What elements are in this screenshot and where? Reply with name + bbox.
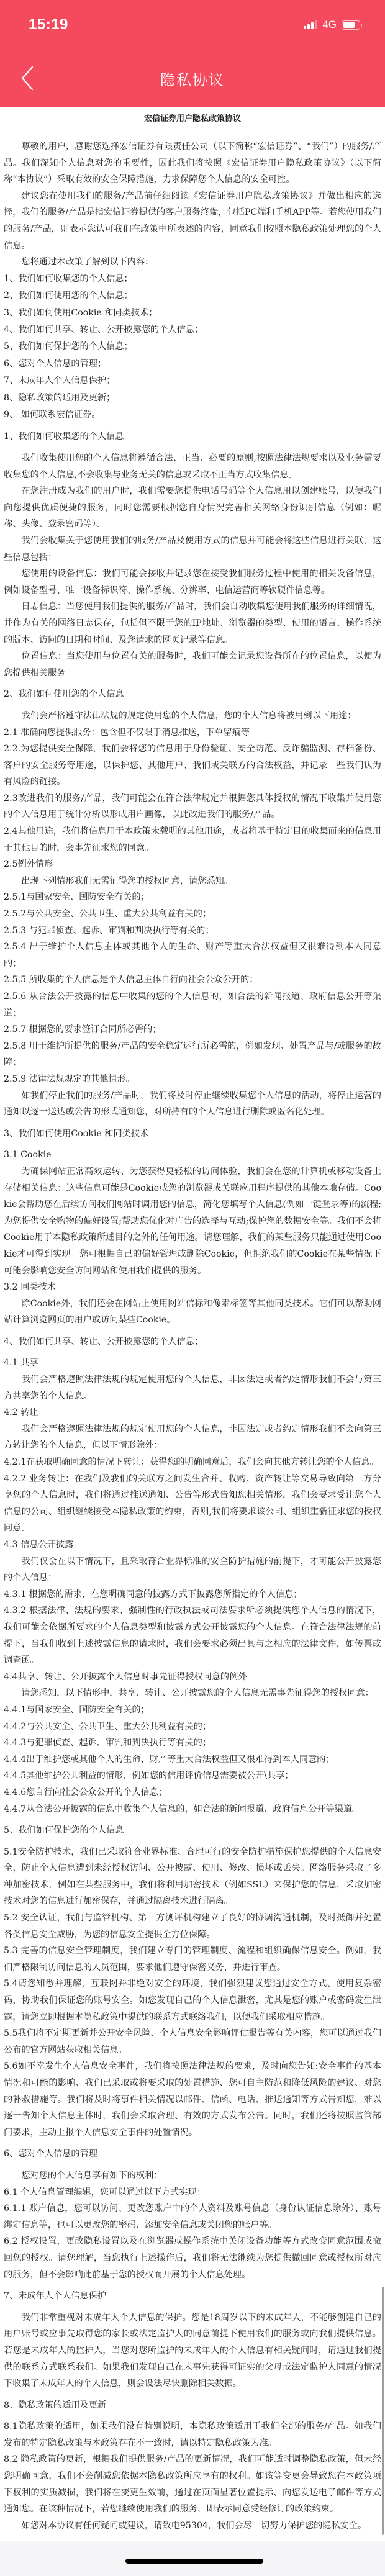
section-heading: 4、我们如何共享、转让、公开披露您的个人信息； [4,1334,381,1350]
section-paragraph: 3.1 Cookie [4,1147,381,1164]
policy-section: 7、未成年人个人信息保护我们非常重视对未成年人个人信息的保护。您是18周岁以下的… [4,2288,381,2392]
policy-section: 3、我们如何使用Cookie 和同类技术3.1 Cookie为确保网站正常高效运… [4,1126,381,1329]
intro-paragraph: 尊敬的用户，感谢您选择宏信证券有限责任公司（以下简称“宏信证券”、“我们”）的服… [4,138,381,188]
section-heading: 6、您对个人信息的管理 [4,2146,381,2162]
section-paragraph: 3.2 同类技术 [4,1279,381,1296]
section-paragraph: 8.2 隐私政策的更新，根据我们提供服务/产品的更新情况，我们可能适时调整隐私政… [4,2451,381,2517]
section-paragraph: 位置信息：当您使用与位置有关的服务时，我们可能会记录您设备所在的位置信息，以便为… [4,648,381,681]
toc-item: 6、您对个人信息的管理； [4,356,381,373]
section-heading: 1、我们如何收集您的个人信息 [4,428,381,445]
section-paragraph: 2.5.8 用于维护所提供的服务/产品的安全稳定运行所必需的，例如发现、处置产品… [4,1038,381,1071]
policy-section: 6、您对个人信息的管理您对您的个人信息享有如下的权利：6.1 个人信息管理编辑，… [4,2146,381,2283]
toc-item: 3、我们如何使用Cookie 和同类技术； [4,305,381,322]
document-title: 宏信证券用户隐私政策协议 [4,114,381,125]
section-paragraph: 4.4.4出于维护您或其他个人的生命、财产等重大合法权益但又很难得到本人同意的； [4,1751,381,1768]
section-paragraph: 2.5例外情形 [4,856,381,873]
section-paragraph: 2.3改进我们的服务/产品，我们可能会在符合法律规定并根据您具体授权的情况下收集… [4,790,381,823]
section-paragraph: 为确保网站正常高效运转、为您获得更轻松的访问体验，我们会在您的计算机或移动设备上… [4,1164,381,1279]
section-paragraph: 2.4其他用途，我们将信息用于本政策未载明的其他用途，或者将基于特定目的收集而来… [4,823,381,856]
status-icons: 4G [304,19,360,31]
toc-item: 9、 如何联系宏信证券。 [4,407,381,423]
policy-section: 4、我们如何共享、转让、公开披露您的个人信息；4.1 共享我们会严格遵照法律法规… [4,1334,381,1817]
section-paragraph: 我们收集使用您的个人信息将遵循合法、正当、必要的原则,按照法律法规要求以及业务需… [4,450,381,483]
section-paragraph: 我们仅会在以下情况下，且采取符合业界标准的安全防护措施的前提下，才可能公开披露您… [4,1553,381,1586]
toc-item: 2、我们如何使用您的个人信息； [4,287,381,304]
section-paragraph: 2.5.1与国家安全、国防安全有关的； [4,889,381,906]
section-paragraph: 您使用的设备信息：我们可能会接收并记录您在接受我们服务过程中使用的相关设备信息，… [4,566,381,599]
section-paragraph: 出现下列情形我们无需征得您的授权同意，请您悉知。 [4,873,381,890]
section-paragraph: 4.2.2 业务转让：在我们及我们的关联方之间发生合并、收购、资产转让等交易导致… [4,1471,381,1537]
intro-paragraph: 建议您在使用我们的服务/产品前仔细阅读《宏信证券用户隐私政策协议》并做出相应的选… [4,188,381,254]
section-paragraph: 5.2 安全认证，我们与监管机构、第三方测评机构建立了良好的协调沟通机制，及时抵… [4,1910,381,1943]
network-type: 4G [322,19,337,31]
policy-section: 2、我们如何使用您的个人信息我们会严格遵守法律法规的规定使用您的个人信息，您的个… [4,686,381,1120]
nav-bar: 隐私协议 [0,56,385,107]
section-paragraph: 我们非常重视对未成年人个人信息的保护。您是18周岁以下的未成年人，不能够创建自己… [4,2310,381,2392]
section-paragraph: 2.5.5 所收集的个人信息是个人信息主体自行向社会公众公开的； [4,972,381,988]
toc-item: 4、我们如何共享、转让、公开披露您的个人信息； [4,322,381,338]
section-paragraph: 在您注册成为我们的用户时，我们需要您提供电话号码等个人信息用以创建账号，以便我们… [4,483,381,533]
section-paragraph: 4.4.6您自行向社会公众公开的个人信息； [4,1784,381,1801]
intro-paragraph: 您将通过本政策了解到以下内容： [4,254,381,271]
section-paragraph: 4.4.3与犯罪侦查、起诉、审判和判决执行等有关的； [4,1735,381,1751]
chevron-left-icon [19,65,43,92]
section-paragraph: 日志信息：当您使用我们提供的服务/产品时，我们会自动收集您使用我们服务的详细情况… [4,599,381,648]
section-paragraph: 4.4.1与国家安全、国防安全有关的； [4,1702,381,1719]
section-paragraph: 5.6如不幸发生个人信息安全事件，我们将按照法律法规的要求，及时向您告知:安全事… [4,2058,381,2141]
section-paragraph: 如您对本协议有任何疑问或建议，请致电95304，我们会尽一切努力保护您的隐私安全… [4,2518,381,2534]
section-paragraph: 4.3 信息公开披露 [4,1537,381,1553]
policy-section: 5、我们如何保护您的个人信息5.1安全防护技术，我们已采取符合业界标准、合理可行… [4,1822,381,2141]
section-paragraph: 2.5.9 法律法规规定的其他情形。 [4,1071,381,1088]
battery-icon [342,20,360,30]
scrollbar[interactable] [382,2287,384,2535]
policy-content[interactable]: 宏信证券用户隐私政策协议 尊敬的用户，感谢您选择宏信证券有限责任公司（以下简称“… [0,107,385,2541]
section-paragraph: 4.4.7从合法公开披露的信息中收集个人信息的，如合法的新闻报道、政府信息公开等… [4,1801,381,1818]
section-paragraph: 2.2.为您提供安全保障，我们会将您的信息用于身份验证、安全防范、反诈骗监测、存… [4,741,381,790]
section-paragraph: 8.1隐私政策的适用，如果我们没有特别说明，本隐私政策适用于我们全部的服务/产品… [4,2418,381,2451]
section-paragraph: 4.3.2 根据法律、法规的要求、强制性的行政执法或司法要求所必须提供您个人信息… [4,1602,381,1668]
toc-item: 5、我们如何保护您的个人信息； [4,338,381,355]
section-paragraph: 2.5.6 从合法公开披露的信息中收集的您的个人信息的，如合法的新闻报道、政府信… [4,988,381,1021]
section-paragraph: 4.4.2与公共安全、公共卫生、重大公共利益有关的； [4,1719,381,1735]
section-paragraph: 5.5我们将不定期更新并公开安全风险、个人信息安全影响评估报告等有关内容，您可以… [4,2025,381,2058]
section-heading: 2、我们如何使用您的个人信息 [4,686,381,703]
toc-item: 7、未成年人个人信息保护； [4,373,381,389]
section-heading: 3、我们如何使用Cookie 和同类技术 [4,1126,381,1142]
signal-icon [304,20,317,29]
section-paragraph: 2.5.3 与犯罪侦查、起诉、审判和判决执行等有关的； [4,923,381,939]
section-paragraph: 我们会严格遵守法律法规的规定使用您的个人信息，您的个人信息将被用到以下用途： [4,708,381,725]
toc-item: 1、我们如何收集您的个人信息； [4,271,381,287]
section-heading: 8、隐私政策的适用及更新 [4,2397,381,2414]
section-paragraph: 4.2.1在获取明确同意的情况下转让：获得您的明确同意后，我们会向其他方转让您的… [4,1454,381,1471]
status-bar: 15:19 4G [0,0,385,56]
section-paragraph: 6.2 授权设置，更改隐私设置以及在浏览器或操作系统中关闭设备功能等方式改变同意… [4,2233,381,2283]
page-title: 隐私协议 [160,68,225,89]
policy-section: 8、隐私政策的适用及更新8.1隐私政策的适用，如果我们没有特别说明，本隐私政策适… [4,2397,381,2534]
section-paragraph: 4.4.5其他维护公共利益的情形，例如您的信用评价信息需要被公开\共享； [4,1768,381,1784]
policy-section: 1、我们如何收集您的个人信息我们收集使用您的个人信息将遵循合法、正当、必要的原则… [4,428,381,681]
section-paragraph: 我们会收集关于您使用我们的服务/产品及使用方式的信息并可能会将这些信息进行关联，… [4,533,381,566]
section-paragraph: 4.1 共享 [4,1355,381,1372]
bottom-safe-area [0,2541,385,2576]
section-paragraph: 4.4共享、转让、公开披露个人信息时事先征得授权同意的例外 [4,1669,381,1686]
section-paragraph: 4.2 转让 [4,1404,381,1421]
section-paragraph: 2.5.2与公共安全、公共卫生、重大公共利益有关的； [4,906,381,923]
toc-item: 8、隐私政策的适用及更新； [4,390,381,407]
section-paragraph: 4.3.1 根据您的需求，在您明确同意的披露方式下披露您所指定的个人信息； [4,1586,381,1603]
section-paragraph: 如我们停止我们的服务/产品时，我们将及时停止继续收集您个人信息的活动，将停止运营… [4,1088,381,1121]
section-heading: 7、未成年人个人信息保护 [4,2288,381,2305]
section-paragraph: 5.3 完善的信息安全管理制度，我们建立专门的管理制度、流程和组织确保信息安全。… [4,1943,381,1976]
section-paragraph: 请您悉知，以下情形中，共享、转让、公开披露您的个人信息无需事先征得您的授权同意： [4,1685,381,1702]
back-button[interactable] [19,65,43,92]
section-paragraph: 6.1.1 账户信息，您可以访问、更改您账户中的个人资料及账号信息（身份认证信息… [4,2200,381,2233]
section-paragraph: 5.4请您知悉并理解，互联网并非绝对安全的环境，我们强烈建议您通过安全方式、使用… [4,1976,381,2025]
intro-section: 尊敬的用户，感谢您选择宏信证券有限责任公司（以下简称“宏信证券”、“我们”）的服… [4,138,381,271]
section-paragraph: 5.1安全防护技术，我们已采取符合业界标准、合理可行的安全防护措施保护您提供的个… [4,1844,381,1910]
home-indicator[interactable] [125,2559,263,2564]
section-paragraph: 我们会严格遵照法律法规的规定使用您的个人信息，非因法定或者约定情形我们不会与第三… [4,1372,381,1404]
section-paragraph: 2.1 准确向您提供服务：包含但不仅限于消息推送，下单留痕等 [4,725,381,741]
section-paragraph: 除Cookie外，我们还会在网站上使用网站信标和像素标签等其他同类技术。它们可以… [4,1296,381,1329]
app-header: 15:19 4G 隐私协议 [0,0,385,107]
policy-sections: 1、我们如何收集您的个人信息我们收集使用您的个人信息将遵循合法、正当、必要的原则… [4,428,381,2534]
section-paragraph: 2.5.4 出于维护个人信息主体或其他个人的生命、财产等重大合法权益但又很难得到… [4,939,381,972]
section-paragraph: 我们会严格遵照法律法规的规定使用您的个人信息，非因法定或者约定情形我们不会向第三… [4,1421,381,1454]
section-paragraph: 您对您的个人信息享有如下的权利： [4,2167,381,2184]
status-time: 15:19 [29,16,68,34]
section-heading: 5、我们如何保护您的个人信息 [4,1822,381,1839]
section-paragraph: 6.1 个人信息管理编辑，您可以通过以下方式实现： [4,2184,381,2201]
section-paragraph: 2.5.7 根据您的要求签订合同所必需的； [4,1021,381,1038]
table-of-contents: 1、我们如何收集您的个人信息；2、我们如何使用您的个人信息；3、我们如何使用Co… [4,271,381,424]
